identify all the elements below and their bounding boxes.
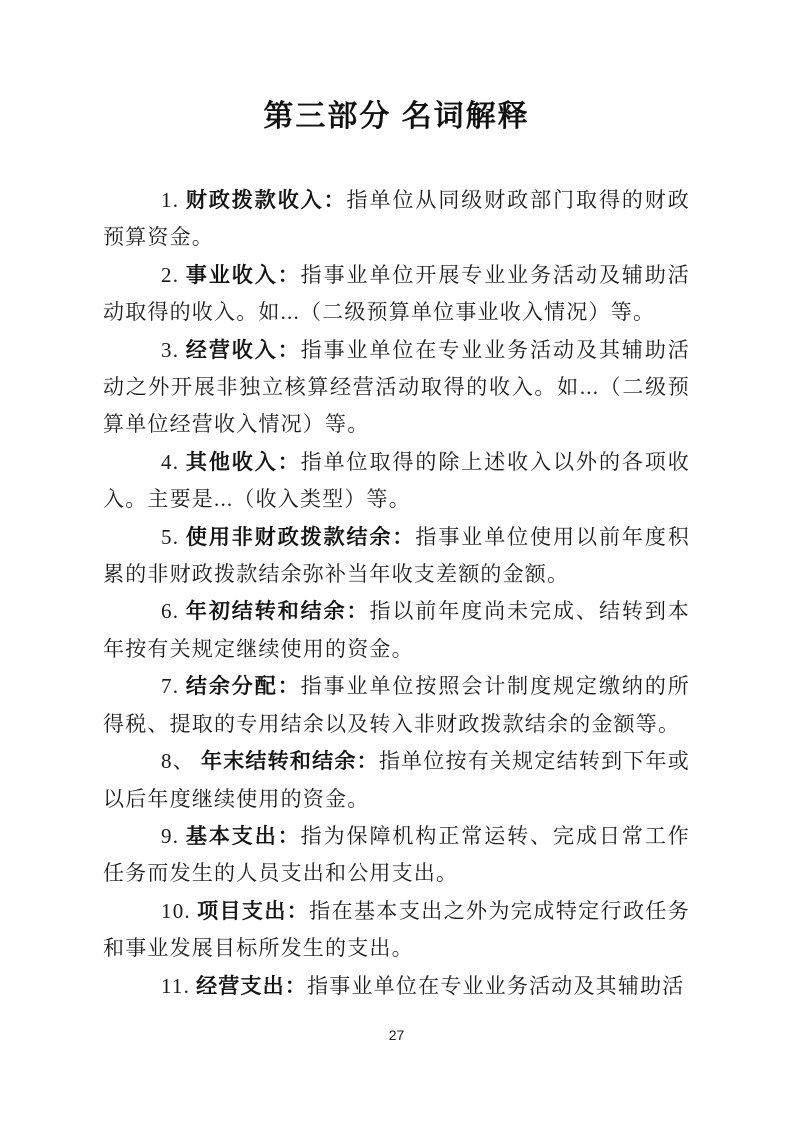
term-number: 10. [161, 899, 191, 923]
term-item: 4.其他收入：指单位取得的除上述收入以外的各项收入。主要是...（收入类型）等。 [103, 444, 690, 519]
term-label: 年末结转和结余： [201, 749, 379, 773]
page-title: 第三部分 名词解释 [0, 0, 793, 138]
term-label: 年初结转和结余： [185, 599, 369, 623]
term-item: 2.事业收入：指事业单位开展专业业务活动及辅助活动取得的收入。如...（二级预算… [103, 257, 690, 332]
term-item: 8、年末结转和结余：指单位按有关规定结转到下年或以后年度继续使用的资金。 [103, 743, 690, 818]
term-number: 8、 [161, 749, 195, 773]
term-label: 事业收入： [185, 263, 300, 287]
term-label: 经营支出： [196, 974, 307, 998]
term-label: 经营收入： [185, 338, 300, 362]
term-number: 5. [161, 525, 179, 549]
term-item: 9.基本支出：指为保障机构正常运转、完成日常工作任务而发生的人员支出和公用支出。 [103, 818, 690, 893]
term-number: 9. [161, 824, 179, 848]
term-label: 结余分配： [185, 674, 300, 698]
page-number: 27 [0, 1025, 793, 1045]
glossary-content: 1.财政拨款收入：指单位从同级财政部门取得的财政预算资金。 2.事业收入：指事业… [103, 182, 690, 1005]
term-item: 11.经营支出：指事业单位在专业业务活动及其辅助活 [103, 968, 690, 1005]
term-label: 其他收入： [185, 450, 300, 474]
term-label: 财政拨款收入： [185, 188, 346, 212]
term-definition: 指事业单位在专业业务活动及其辅助活 [307, 974, 684, 998]
term-item: 1.财政拨款收入：指单位从同级财政部门取得的财政预算资金。 [103, 182, 690, 257]
term-label: 基本支出： [185, 824, 300, 848]
term-number: 2. [161, 263, 179, 287]
term-label: 项目支出： [197, 899, 309, 923]
term-number: 7. [161, 674, 179, 698]
term-item: 6.年初结转和结余：指以前年度尚未完成、结转到本年按有关规定继续使用的资金。 [103, 593, 690, 668]
term-number: 6. [161, 599, 179, 623]
term-item: 3.经营收入：指事业单位在专业业务活动及其辅助活动之外开展非独立核算经营活动取得… [103, 332, 690, 444]
term-item: 7.结余分配：指事业单位按照会计制度规定缴纳的所得税、提取的专用结余以及转入非财… [103, 668, 690, 743]
term-label: 使用非财政拨款结余： [185, 525, 415, 549]
term-number: 1. [161, 188, 179, 212]
term-number: 3. [161, 338, 179, 362]
term-item: 10.项目支出：指在基本支出之外为完成特定行政任务和事业发展目标所发生的支出。 [103, 893, 690, 968]
term-number: 11. [161, 974, 190, 998]
document-page: 第三部分 名词解释 1.财政拨款收入：指单位从同级财政部门取得的财政预算资金。 … [0, 0, 793, 1122]
term-item: 5.使用非财政拨款结余：指事业单位使用以前年度积累的非财政拨款结余弥补当年收支差… [103, 519, 690, 594]
term-definition: 指在基本支出之外为完成特定行政任务和事业发展目标所发生的支出。 [103, 899, 690, 960]
term-number: 4. [161, 450, 179, 474]
